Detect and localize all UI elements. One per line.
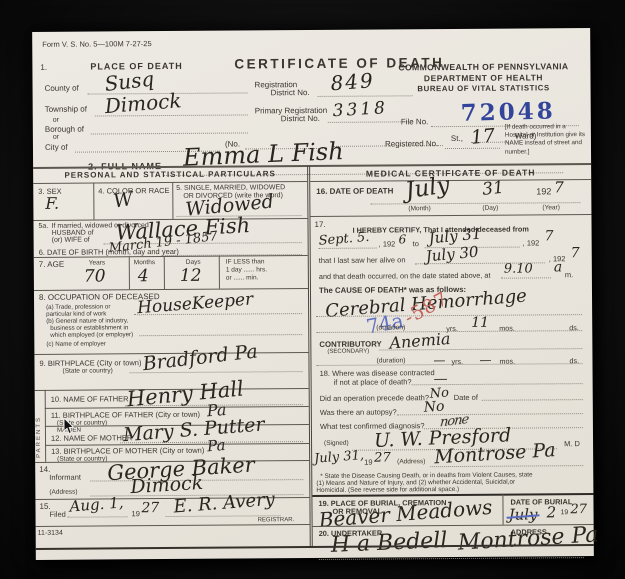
certify-number: 17.: [314, 220, 325, 229]
age-years-value: 70: [84, 266, 106, 286]
duration-label: (duration): [376, 324, 405, 331]
father-name-label: 10. NAME OF FATHER: [51, 394, 129, 404]
age-months-value: 4: [138, 266, 149, 286]
date-of-death-day: 31: [481, 178, 505, 200]
if-less-label-3: or ...... min.: [226, 274, 259, 281]
form-number: Form V. S. No. 5—100M 7-27-25: [42, 39, 151, 49]
burial-date-day-value: 2: [546, 503, 556, 521]
undertaker-value: H a Bedell: [330, 528, 448, 558]
sign-year-hw: 27: [374, 450, 391, 465]
filed-year-print: 19: [131, 509, 139, 518]
race-label: 4. COLOR OR RACE: [98, 186, 169, 195]
filed-date-value: Aug. 1,: [69, 493, 124, 515]
signed-label: (Signed): [324, 440, 349, 447]
borough-label: Borough of: [45, 125, 84, 134]
duration2-mos-value: —: [479, 353, 491, 367]
undertaker-address-value: Montrose Pa: [457, 522, 599, 555]
contributory-label: CONTRIBUTORY: [319, 340, 381, 349]
sign-address-label: (Address): [397, 458, 425, 465]
informant-address-label: (Address): [49, 489, 77, 496]
year-sublabel: (Year): [542, 204, 560, 211]
medical-column: MEDICAL CERTIFICATE OF DEATH 16. DATE OF…: [310, 164, 594, 546]
autopsy-value: No: [423, 399, 445, 416]
agency-line-2: DEPARTMENT OF HEALTH: [377, 72, 589, 83]
duration2-label: (duration): [376, 357, 405, 364]
burial-date-struck-value: July: [508, 505, 537, 523]
q18-label-2: if not at place of death?: [334, 377, 412, 387]
spouse-label-3: (or) WIFE of: [52, 237, 90, 244]
age-days-value: 12: [180, 266, 202, 286]
occupation-b3: which employed (or employer): [50, 331, 133, 339]
month-sublabel: (Month): [408, 205, 430, 212]
file-no-stamp: 72048: [460, 97, 556, 126]
sex-value: F.: [45, 194, 59, 213]
autopsy-label: Was there an autopsy?: [320, 407, 397, 417]
q18-label-1: 18. Where was disease contracted: [320, 368, 435, 378]
hospital-note: [If death occurred in a Hospital or Inst…: [505, 123, 589, 156]
registration-district-value: 849: [330, 68, 376, 95]
operation-label: Did an operation precede death?: [320, 393, 429, 403]
agency-block: COMMONWEALTH OF PENNSYLVANIA DEPARTMENT …: [377, 61, 589, 93]
attended-from-date: Sept. 5.: [318, 230, 370, 249]
dotted-line: [91, 132, 248, 134]
sign-date-value: July 31,: [314, 448, 365, 467]
death-time-ampm-print: m.: [565, 270, 573, 279]
township-value: Dimock: [104, 88, 182, 118]
columns: PERSONAL AND STATISTICAL PARTICULARS 3. …: [33, 164, 594, 548]
certify-line-2: that I last saw her alive on: [319, 255, 406, 265]
burial-date-year-print: 19: [561, 509, 569, 516]
registered-no-value: 17: [470, 125, 496, 149]
age-label: 7. AGE: [39, 260, 64, 269]
dotted-line: [318, 95, 413, 97]
to-label: to: [413, 239, 419, 248]
duration-ds-label: ds.: [569, 323, 579, 332]
certify-line-3: and that death occurred, on the date sta…: [319, 271, 491, 281]
date-of-death-label: 16. DATE OF DEATH: [316, 186, 393, 196]
sign-year-print: 19: [364, 458, 372, 467]
item-1-number: 1.: [40, 63, 47, 72]
or-label-1: or: [53, 117, 59, 124]
agency-line-1: COMMONWEALTH OF PENNSYLVANIA: [377, 61, 589, 72]
parents-label: PARENTS: [36, 394, 42, 458]
informant-label: Informant: [49, 473, 81, 482]
to-year-print: , 192: [523, 238, 540, 247]
birthplace-value: Bradford Pa: [142, 340, 259, 375]
file-no-label: File No.: [401, 117, 429, 126]
occupation-c: (c) Name of employer: [46, 340, 106, 347]
personal-column: PERSONAL AND STATISTICAL PARTICULARS 3. …: [33, 166, 313, 548]
primary-registration-label-2: District No.: [281, 114, 320, 123]
mother-birthplace-label: 13. BIRTHPLACE OF MOTHER (City or town): [51, 446, 204, 456]
date-of-death-month: July: [404, 172, 452, 204]
duration2-yrs-label: yrs.: [451, 357, 463, 366]
duration-mos-value: 11: [471, 315, 489, 331]
race-value: W: [112, 188, 135, 213]
certificate-paper: Form V. S. No. 5—100M 7-27-25 CERTIFICAT…: [32, 28, 594, 560]
footnote-line-3: Homicidal. (See reverse side for additio…: [316, 486, 459, 494]
personal-section-title: PERSONAL AND STATISTICAL PARTICULARS: [33, 169, 307, 180]
city-label: City of: [45, 143, 68, 152]
date-of-death-year-hw: 7: [554, 178, 564, 196]
cursor-icon: [63, 418, 75, 435]
registered-no-label: Registered No.: [385, 139, 438, 148]
photo-background: Form V. S. No. 5—100M 7-27-25 CERTIFICAT…: [0, 0, 625, 579]
mother-birthplace-value: Pa: [206, 436, 226, 455]
md-label: M. D: [564, 439, 580, 448]
operation-date-label: Date of: [454, 393, 478, 402]
day-sublabel: (Day): [482, 205, 498, 212]
spouse-number: 5a.: [38, 223, 48, 230]
form-code: 11-3134: [38, 530, 63, 537]
from-year-print: , 192: [379, 239, 396, 248]
county-label: County of: [45, 84, 79, 93]
township-label: Township of: [45, 105, 87, 114]
or-label-2: or: [53, 134, 59, 141]
burial-date-year-hw: 27: [570, 502, 587, 517]
filed-year-hw: 27: [141, 500, 159, 516]
st-label: St.,: [451, 134, 463, 143]
duration-mos-label: mos.: [499, 324, 515, 333]
from-year-hw: 6: [399, 232, 407, 246]
duration2-mos-label: mos.: [499, 357, 515, 366]
birthplace-sub: (State or country): [63, 367, 113, 374]
medical-section-title: MEDICAL CERTIFICATE OF DEATH: [310, 167, 591, 179]
if-less-label-1: IF LESS than: [226, 258, 265, 265]
filed-label: Filed: [50, 510, 66, 519]
primary-registration-value: 3318: [332, 98, 388, 121]
duration2-ds-label: ds.: [569, 356, 579, 365]
contributory-sublabel: (SECONDARY): [327, 349, 369, 355]
alive-year-hw: 7: [571, 245, 580, 261]
death-time-value: 9.10: [504, 261, 533, 276]
if-less-label-2: 1 day ...... hrs.: [226, 266, 267, 273]
registration-district-label-2: District No.: [271, 88, 310, 97]
duration2-yrs-value: —: [433, 353, 445, 367]
agency-line-3: BUREAU OF VITAL STATISTICS: [378, 83, 590, 93]
birthplace-label: 9. BIRTHPLACE (City or town): [39, 358, 141, 368]
to-year-hw: 7: [545, 228, 554, 244]
death-time-ampm-hw: a: [554, 259, 562, 275]
date-of-death-year-print: 192: [536, 186, 551, 196]
registrar-label: REGISTRAR.: [258, 517, 295, 523]
